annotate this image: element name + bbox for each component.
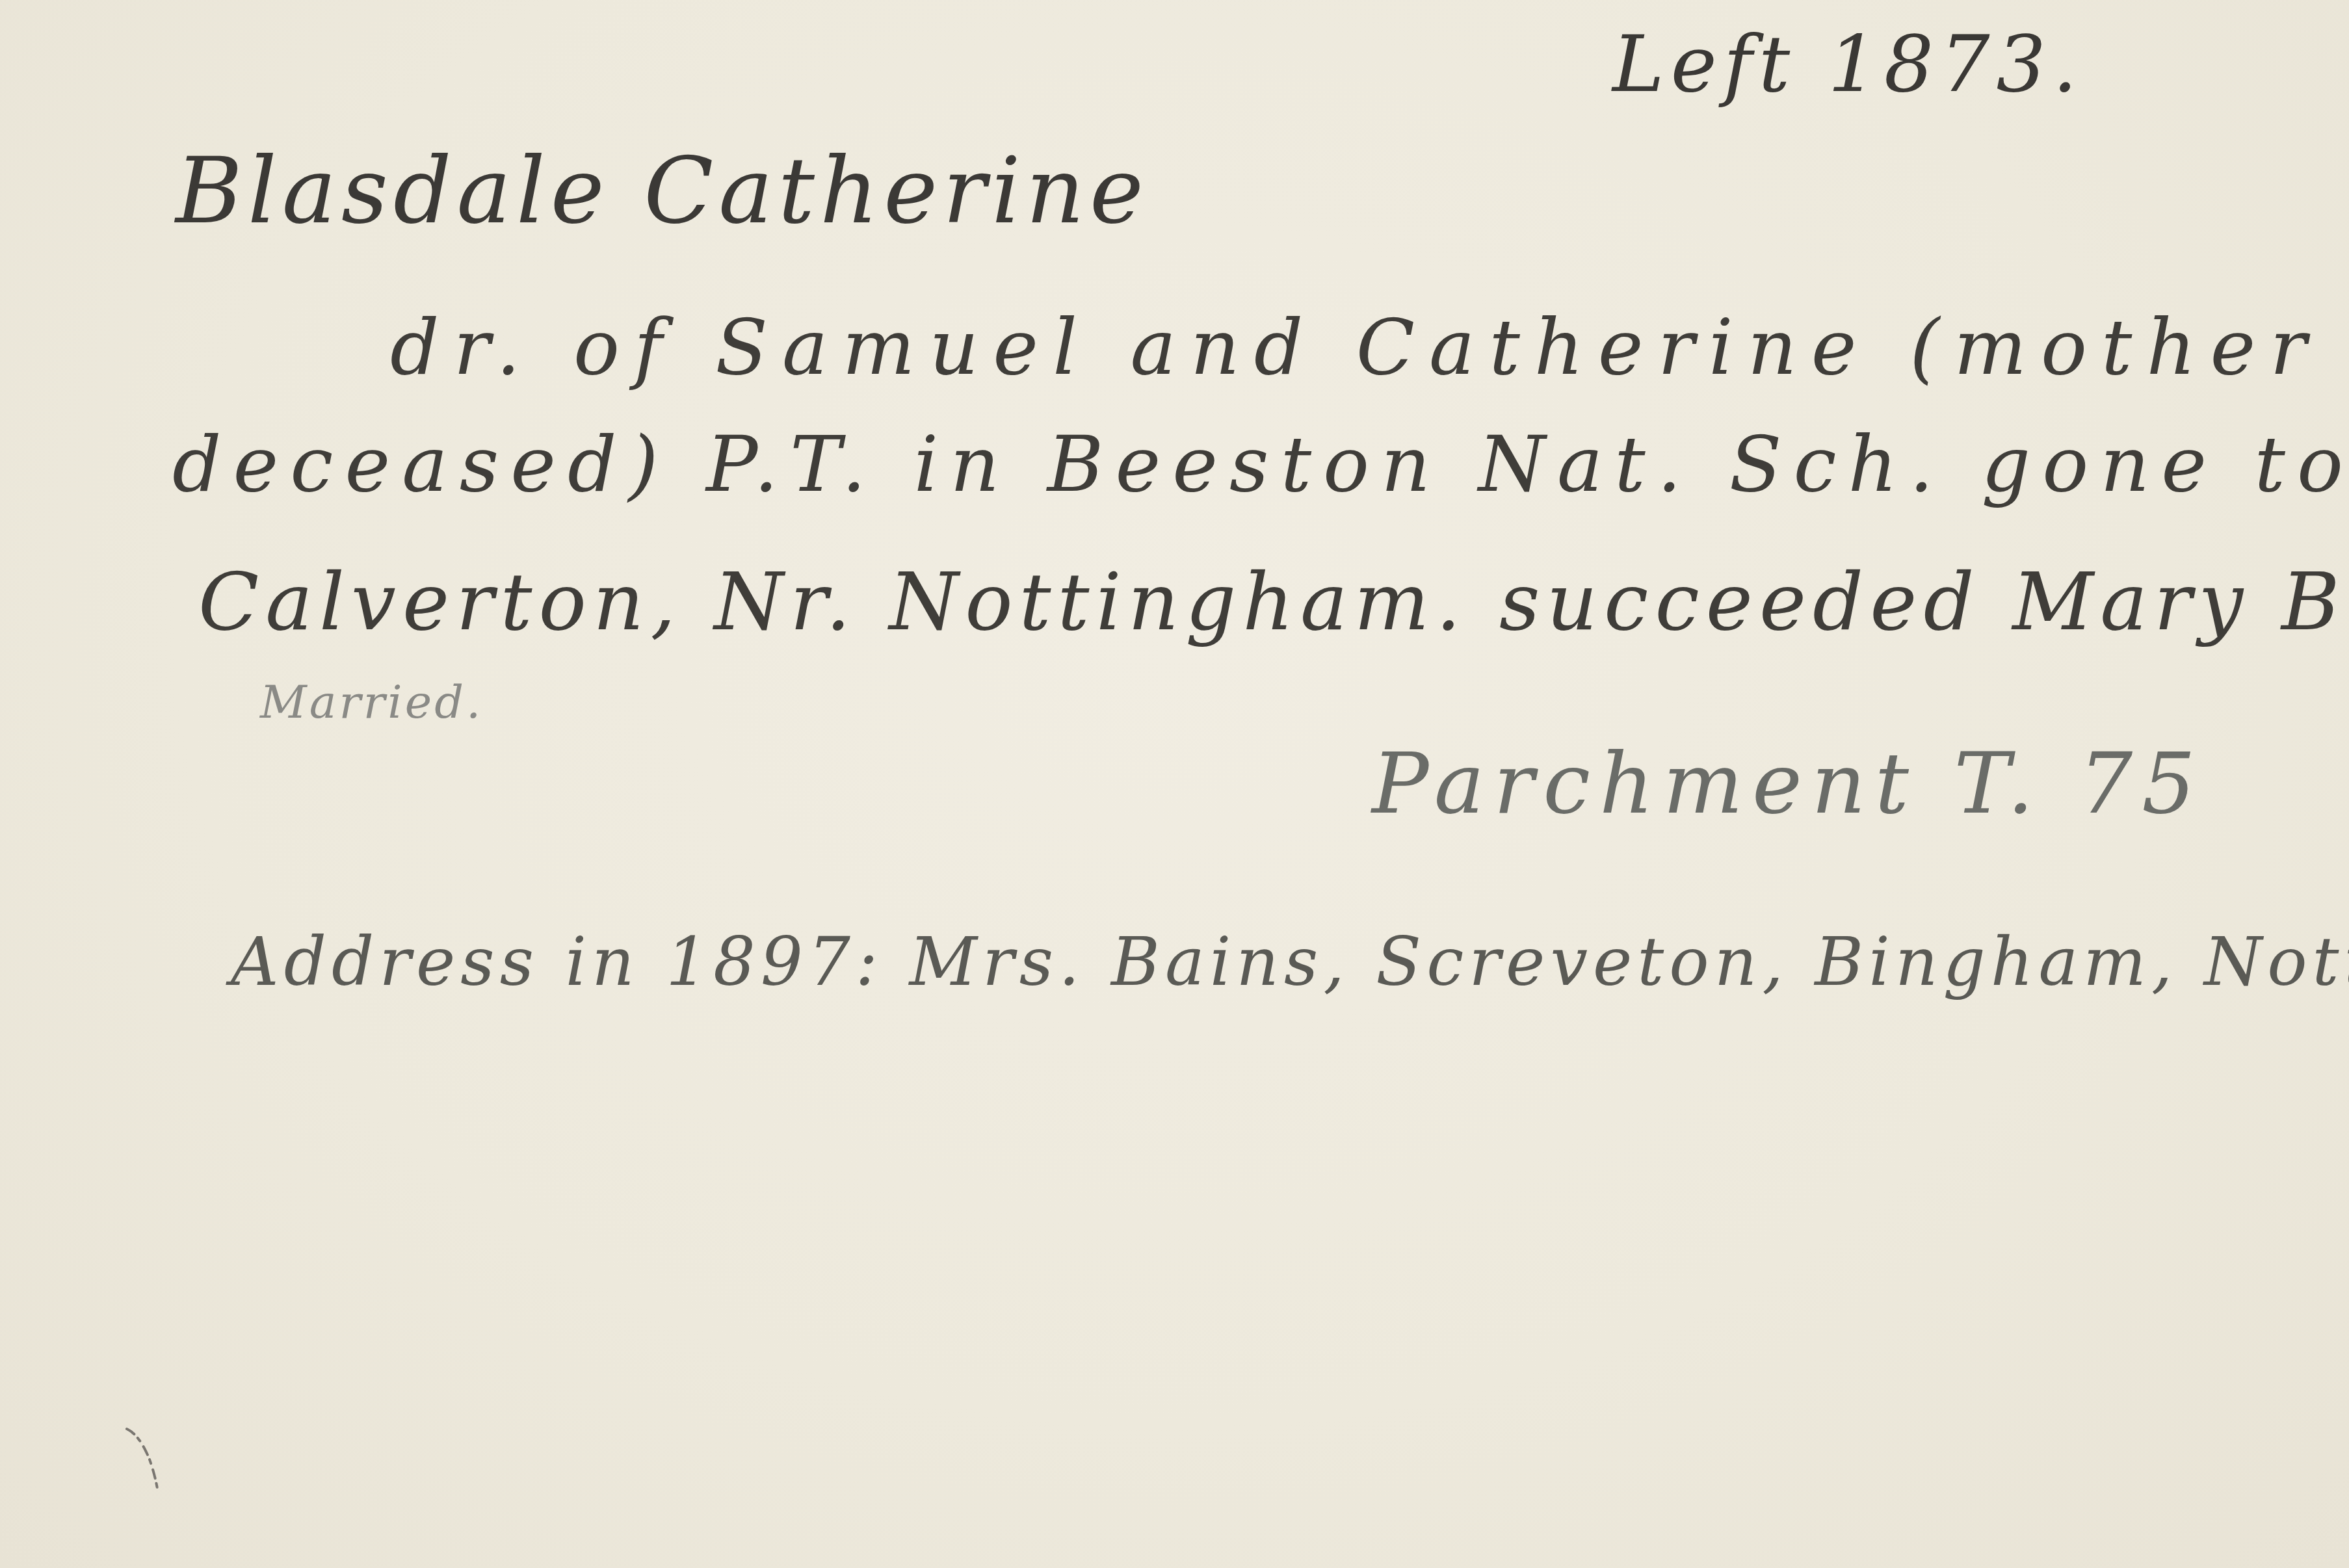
- parchment-note: Parchment T. 75: [1372, 741, 2205, 826]
- entry-line-2: deceased) P.T. in Beeston Nat. Sch. gone…: [172, 426, 2349, 503]
- address-note: Address in 1897: Mrs. Bains, Screveton, …: [231, 930, 2349, 996]
- ink-speck-mark: [124, 1424, 169, 1495]
- entry-name: Blasdale Catherine: [176, 146, 1149, 237]
- married-annotation: Married.: [260, 679, 483, 725]
- register-page: Left 1873. Blasdale Catherine dr. of Sam…: [0, 0, 2349, 1568]
- entry-line-1: dr. of Samuel and Catherine (mother: [390, 309, 2321, 385]
- date-note: Left 1873.: [1612, 26, 2084, 104]
- entry-line-3: Calverton, Nr. Nottingham. succeeded Mar…: [198, 562, 2349, 642]
